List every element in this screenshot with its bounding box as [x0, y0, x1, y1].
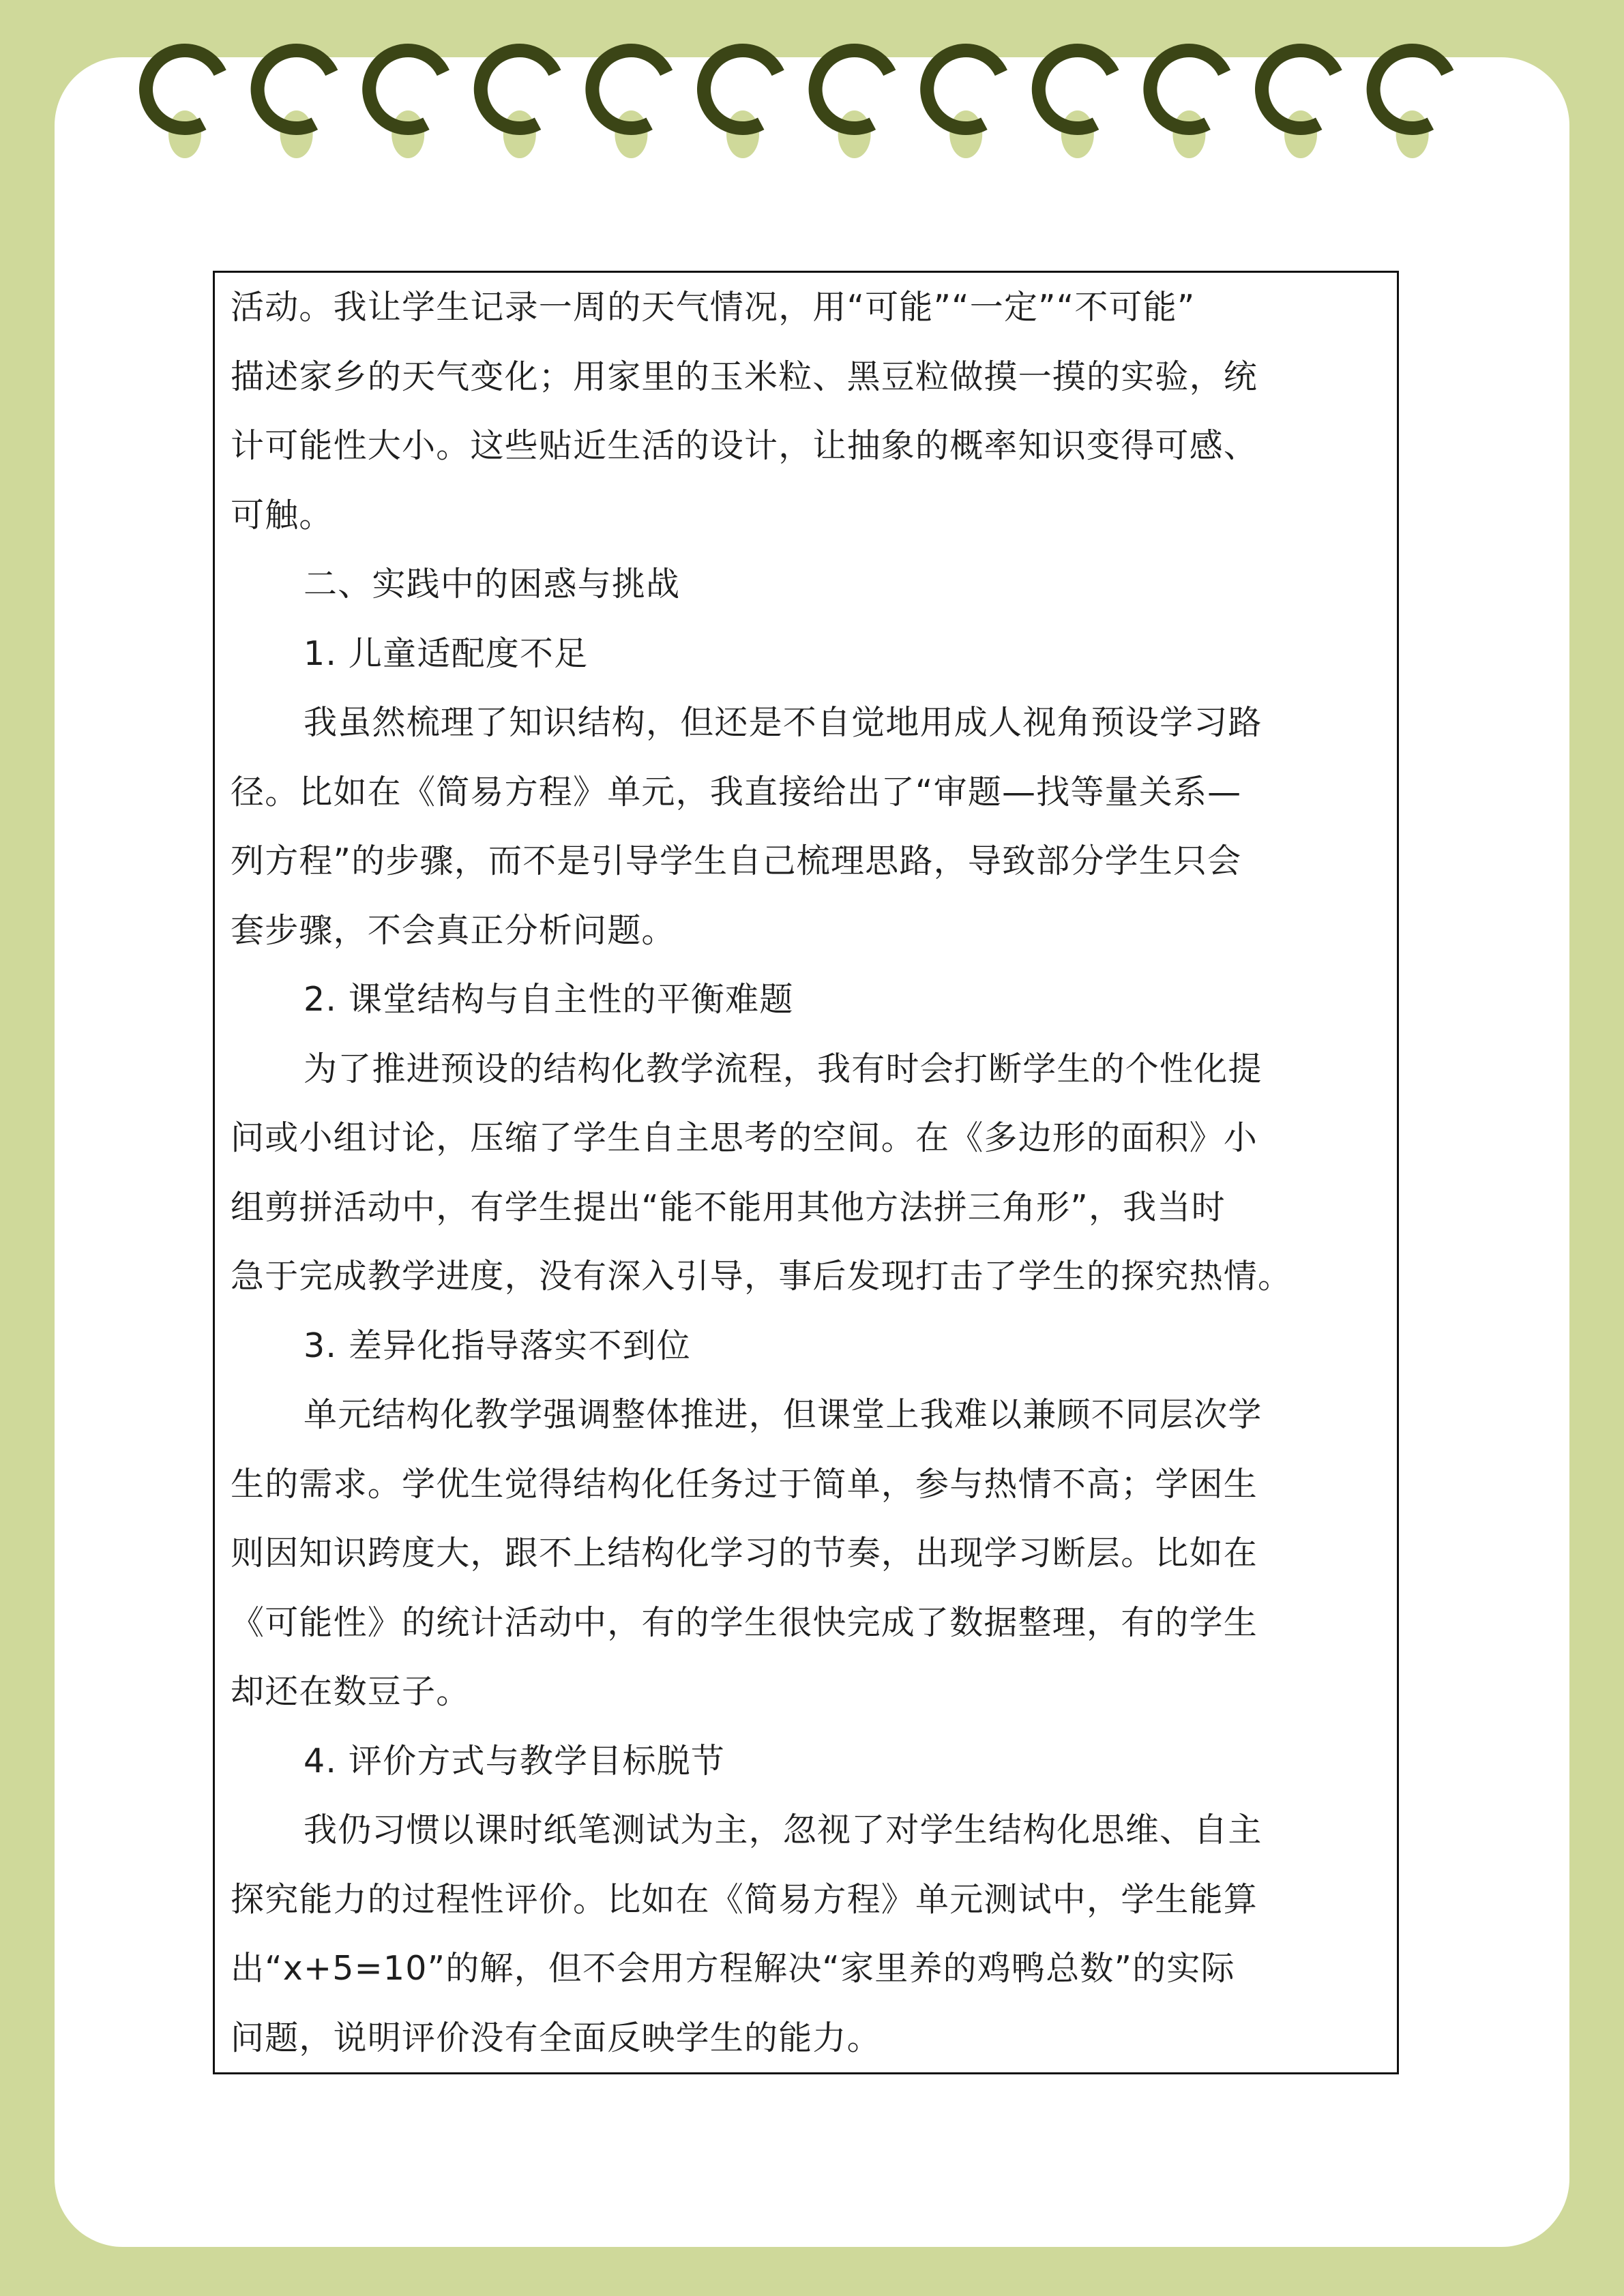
text-line: 急于完成教学进度，没有深入引导，事后发现打击了学生的探究热情。: [231, 1242, 1292, 1311]
text-line: 计可能性大小。这些贴近生活的设计，让抽象的概率知识变得可感、: [231, 411, 1258, 481]
text-line: 组剪拼活动中，有学生提出“能不能用其他方法拼三角形”，我当时: [231, 1173, 1226, 1242]
section-heading: 二、实践中的困惑与挑战: [304, 550, 680, 619]
text-line: 《可能性》的统计活动中，有的学生很快完成了数据整理，有的学生: [231, 1588, 1258, 1658]
subsection-heading: 3. 差异化指导落实不到位: [304, 1311, 691, 1381]
text-line: 问题，说明评价没有全面反映学生的能力。: [231, 2003, 881, 2073]
text-line: 出“x+5=10”的解，但不会用方程解决“家里养的鸡鸭总数”的实际: [231, 1934, 1235, 2003]
text-line: 单元结构化教学强调整体推进，但课堂上我难以兼顾不同层次学: [304, 1380, 1263, 1450]
text-line: 问或小组讨论，压缩了学生自主思考的空间。在《多边形的面积》小: [231, 1103, 1258, 1173]
text-line: 我仍习惯以课时纸笔测试为主，忽视了对学生结构化思维、自主: [304, 1795, 1263, 1865]
text-line: 则因知识跨度大，跟不上结构化学习的节奏，出现学习断层。比如在: [231, 1519, 1258, 1588]
text-line: 探究能力的过程性评价。比如在《简易方程》单元测试中，学生能算: [231, 1865, 1258, 1935]
text-line: 列方程”的步骤，而不是引导学生自己梳理思路，导致部分学生只会: [231, 826, 1241, 896]
text-line: 可触。: [231, 481, 334, 550]
text-line: 描述家乡的天气变化；用家里的玉米粒、黑豆粒做摸一摸的实验，统: [231, 342, 1258, 412]
text-line: 生的需求。学优生觉得结构化任务过于简单，参与热情不高；学困生: [231, 1450, 1258, 1519]
subsection-heading: 4. 评价方式与教学目标脱节: [304, 1727, 725, 1796]
text-line: 却还在数豆子。: [231, 1657, 470, 1727]
text-line: 活动。我让学生记录一周的天气情况，用“可能”“一定”“不可能”: [231, 273, 1196, 342]
text-frame: 活动。我让学生记录一周的天气情况，用“可能”“一定”“不可能” 描述家乡的天气变…: [213, 271, 1399, 2074]
text-line: 我虽然梳理了知识结构，但还是不自觉地用成人视角预设学习路: [304, 688, 1263, 758]
text-line: 套步骤，不会真正分析问题。: [231, 896, 676, 966]
subsection-heading: 1. 儿童适配度不足: [304, 619, 588, 689]
text-line: 为了推进预设的结构化教学流程，我有时会打断学生的个性化提: [304, 1034, 1263, 1104]
subsection-heading: 2. 课堂结构与自主性的平衡难题: [304, 965, 794, 1034]
text-line: 径。比如在《简易方程》单元，我直接给出了“审题—找等量关系—: [231, 758, 1241, 827]
